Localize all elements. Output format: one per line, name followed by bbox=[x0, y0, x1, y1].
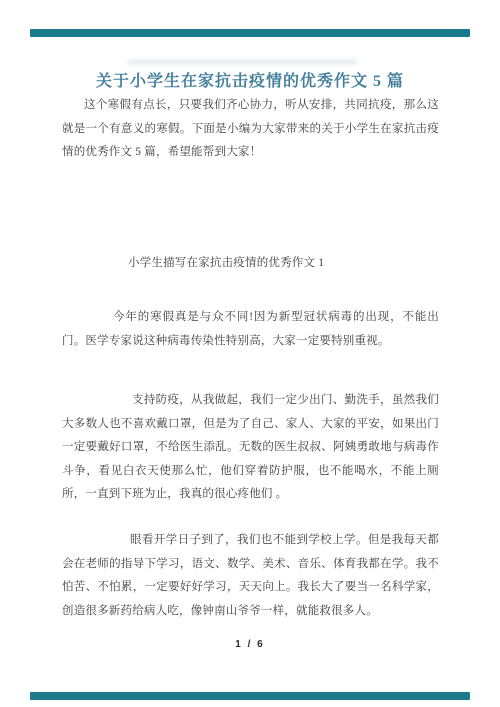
document-page: 关于小学生在家抗击疫情的优秀作文 5 篇 这个寒假有点长，只要我们齐心协力，听从… bbox=[0, 0, 500, 707]
document-title: 关于小学生在家抗击疫情的优秀作文 5 篇 bbox=[0, 68, 500, 91]
page-number-indicator: 1 / 6 bbox=[0, 639, 500, 650]
page-bottom-accent-bar bbox=[30, 692, 470, 700]
intro-paragraph: 这个寒假有点长，只要我们齐心协力，听从安排，共同抗疫，那么这就是一个有意义的寒假… bbox=[62, 94, 439, 165]
body-paragraph: 眼看开学日子到了，我们也不能到学校上学。但是我每天都会在老师的指导下学习，语文、… bbox=[62, 529, 439, 623]
body-paragraph: 支持防疫，从我做起，我们一定少出门、勤洗手，虽然我们大多数人也不喜欢戴口罩，但是… bbox=[62, 389, 439, 507]
section-heading: 小学生描写在家抗击疫情的优秀作文 1 bbox=[128, 252, 324, 275]
title-shadow-smudge bbox=[127, 60, 357, 64]
body-paragraph: 今年的寒假真是与众不同!因为新型冠状病毒的出现，不能出门。医学专家说这种病毒传染… bbox=[62, 306, 439, 353]
page-top-accent-bar bbox=[30, 29, 470, 37]
